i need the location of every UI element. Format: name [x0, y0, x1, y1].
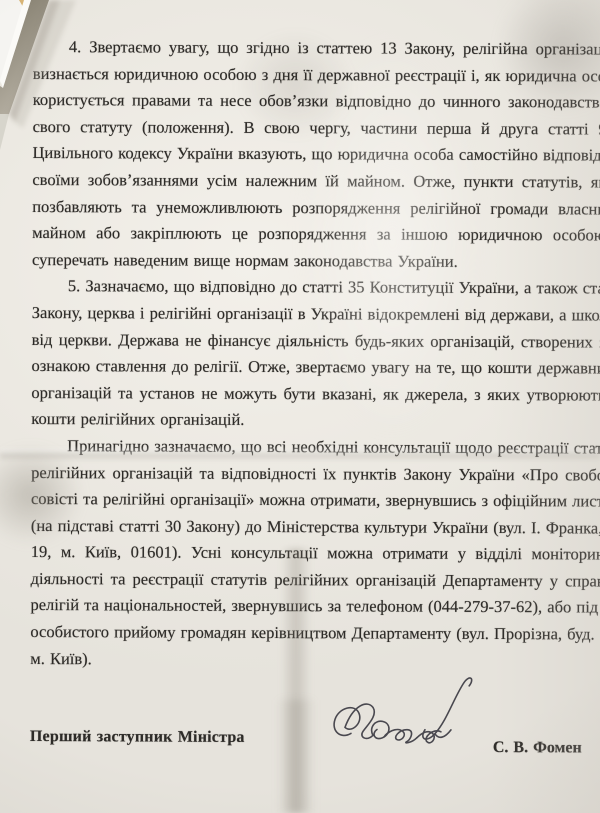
text-line: (на підставі статті 30 Закону) до Мініст…	[31, 513, 600, 542]
document-text: 4. Звертаємо увагу, що згідно із статтею…	[30, 34, 600, 796]
text-line: суперечать наведеним вище нормам законод…	[32, 247, 600, 276]
text-line: 4. Звертаємо увагу, що згідно із статтею…	[33, 34, 600, 63]
paragraphs: 4. Звертаємо увагу, що згідно із статтею…	[30, 34, 600, 675]
signatory-name: С. В. Фомен	[493, 735, 582, 762]
text-line: від церкви. Держава не фінансує діяльніс…	[32, 327, 600, 356]
paragraph-4: 4. Звертаємо увагу, що згідно із статтею…	[32, 34, 600, 276]
text-line: релігій та національностей, звернувшись …	[30, 592, 600, 621]
text-line: визнається юридичною особою з дня її дер…	[33, 61, 600, 90]
text-line: релігійних організацій та відповідності …	[31, 459, 600, 488]
page-edge-highlight	[0, 0, 32, 88]
text-line: свого статуту (положення). В свою чергу,…	[33, 114, 600, 143]
text-line: організацій та установ не можуть бути вк…	[31, 380, 600, 409]
text-line: м. Київ).	[30, 646, 600, 675]
paragraph-5: 5. Зазначаємо, що відповідно до статті 3…	[31, 273, 600, 435]
text-line: своїми зобов’язаннями усім належним їй м…	[32, 167, 600, 196]
text-line: діяльності та реєстрації статутів релігі…	[31, 566, 600, 595]
text-line: кошти релігійних організацій.	[31, 406, 600, 435]
text-line: особистого прийому громадян керівництвом…	[30, 619, 600, 648]
text-line: ознакою ставлення до релігії. Отже, звер…	[31, 353, 600, 382]
text-line: 19, м. Київ, 01601). Усні консультації м…	[31, 539, 600, 568]
signatory-title: Перший заступник Міністра	[30, 724, 245, 752]
text-line: Закону, церква і релігійні організації в…	[32, 300, 600, 329]
paragraph-6: Принагідно зазначаємо, що всі необхідні …	[30, 433, 600, 675]
text-line: майном або закріплюють це розпорядження …	[32, 220, 600, 249]
text-line: користується правами та несе обов’язки в…	[33, 87, 600, 116]
text-line: 5. Зазначаємо, що відповідно до статті 3…	[32, 273, 600, 302]
fold-tail	[0, 114, 9, 150]
handwritten-signature-icon	[323, 675, 488, 768]
table-corner	[19, 0, 36, 12]
under-sheet	[0, 0, 26, 84]
text-line: совісті та релігійні організації» можна …	[31, 486, 600, 515]
text-line: Цивільного кодексу України вказують, що …	[32, 140, 600, 169]
text-line: Принагідно зазначаємо, що всі необхідні …	[31, 433, 600, 462]
scanned-letter-photo: { "document": { "language": "uk", "parag…	[0, 0, 600, 813]
text-line: позбавляють та унеможливлюють розпорядже…	[32, 194, 600, 223]
